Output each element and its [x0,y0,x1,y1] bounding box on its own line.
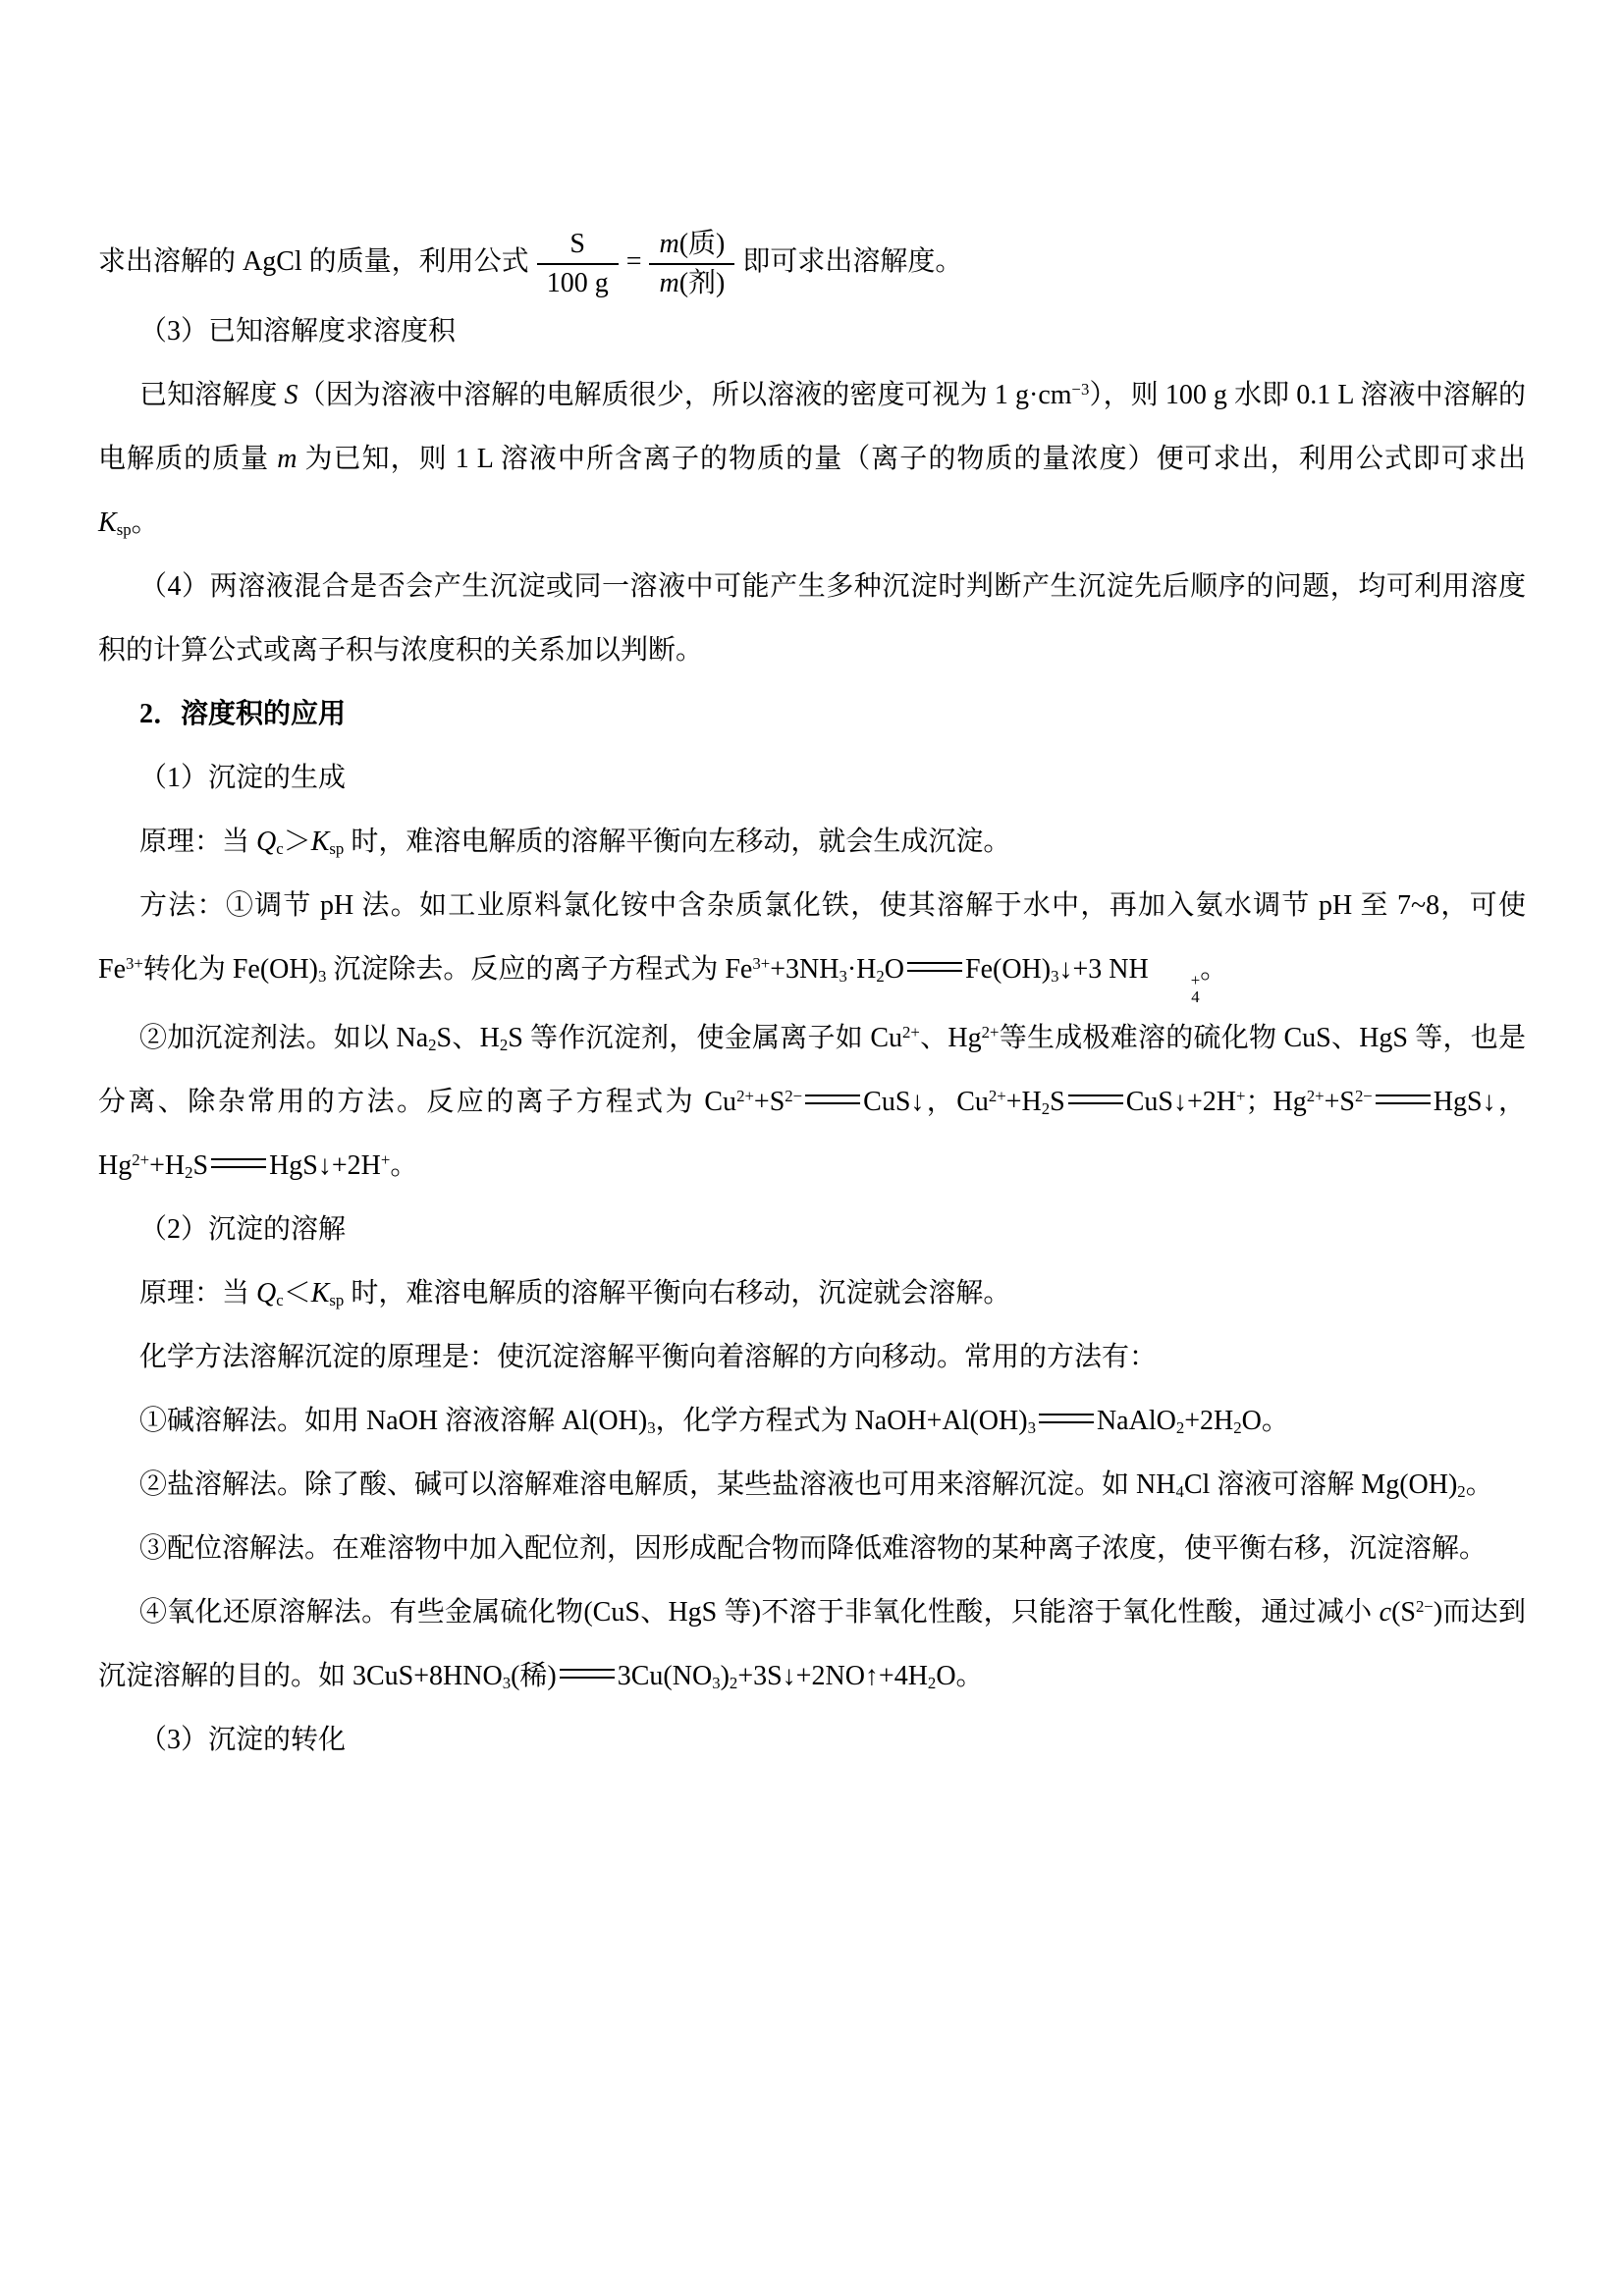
italic-variable: c [1380,1597,1391,1628]
text-run: 。 [390,1150,417,1181]
chem-double-bond [805,1095,860,1104]
subscript: 3 [712,1674,720,1692]
chem-double-bond [1068,1095,1123,1104]
text-run: S [1050,1087,1065,1117]
text-run: CuS↓+2H [1126,1087,1236,1117]
superscript: 2+ [736,1087,754,1105]
subscript: 2 [1233,1418,1241,1437]
chem-double-bond [1376,1095,1431,1104]
subscript: 3 [1028,1418,1036,1437]
paragraph-redox-dissolution: ④氧化还原溶解法。有些金属硫化物(CuS、HgS 等)不溶于非氧化性酸，只能溶于… [98,1580,1526,1708]
text-run: 2．溶度积的应用 [139,699,346,729]
stacked-subscript: 4 [1150,988,1199,1006]
text-run: ①碱溶解法。如用 NaOH 溶液溶解 Al(OH) [139,1406,647,1436]
text-run: 为已知，则 1 L 溶液中所含离子的物质的量（离子的物质的量浓度）便可求出，利用… [297,444,1526,474]
paragraph-heading-precipitate-conversion: （3）沉淀的转化 [98,1708,1526,1772]
fraction-denominator: m(剂) [649,263,734,300]
text-run: 。 [132,507,159,538]
subscript: 3 [839,967,846,986]
superscript: + [381,1150,390,1169]
text-run: (质) [679,229,726,259]
superscript: 2− [1355,1087,1373,1105]
paragraph-alkali-dissolution: ①碱溶解法。如用 NaOH 溶液溶解 Al(OH)3，化学方程式为 NaOH+A… [98,1389,1526,1453]
paragraph-method-ph: 方法：①调节 pH 法。如工业原料氯化铵中含杂质氯化铁，使其溶解于水中，再加入氨… [98,874,1526,1006]
text-run: ②加沉淀剂法。如以 Na [139,1023,428,1053]
italic-variable: S [285,380,298,410]
superscript: 2+ [1307,1087,1325,1105]
paragraph-chemical-dissolution-intro: 化学方法溶解沉淀的原理是：使沉淀溶解平衡向着溶解的方向移动。常用的方法有： [98,1325,1526,1389]
text-run: （1）沉淀的生成 [139,763,346,793]
italic-variable: Q [256,1278,276,1308]
superscript: 3+ [126,954,143,973]
subscript: 2 [428,1036,436,1054]
subscript: 2 [1176,1418,1184,1437]
text-run: 转化为 Fe(OH) [143,954,318,985]
subscript: 2 [1457,1482,1465,1501]
text-run: ②盐溶解法。除了酸、碱可以溶解难溶电解质，某些盐溶液也可用来溶解沉淀。如 NH [139,1469,1175,1500]
subscript: sp [329,839,344,858]
text-run: (稀) [511,1661,557,1691]
text-run: 求出溶解的 AgCl 的质量，利用公式 [98,246,529,277]
text-run: CuS↓，Cu [863,1087,989,1117]
paragraph-coordination-dissolution: ③配位溶解法。在难溶物中加入配位剂，因形成配合物而降低难溶物的某种离子浓度，使平… [98,1517,1526,1580]
subscript: 4 [1175,1482,1183,1501]
italic-variable: m [659,268,678,298]
text-run: = [626,246,642,277]
italic-variable: K [98,507,117,538]
italic-variable: K [311,1278,330,1308]
paragraph-heading-precipitate-dissolution: （2）沉淀的溶解 [98,1198,1526,1261]
italic-variable: m [659,229,678,259]
text-run: +3S↓+2NO↑+4H [737,1661,928,1691]
text-run: S [569,229,585,259]
fraction-numerator: S [537,228,619,263]
text-run: S 等作沉淀剂，使金属离子如 Cu [508,1023,902,1053]
paragraph-solubility-formula: 求出溶解的 AgCl 的质量，利用公式S100 g=m(质)m(剂)即可求出溶解… [98,228,1526,299]
subscript: 3 [1051,967,1058,986]
text-run: 原理：当 [139,1278,256,1308]
text-run: S、H [437,1023,500,1053]
text-run: 。 [1466,1469,1493,1500]
text-run: ＜ [284,1278,311,1308]
text-run: NaAlO [1097,1406,1176,1436]
text-run: +S [754,1087,785,1117]
document-page: 求出溶解的 AgCl 的质量，利用公式S100 g=m(质)m(剂)即可求出溶解… [0,0,1624,2296]
text-run: (S [1391,1597,1416,1628]
paragraph-known-solubility: 已知溶解度 S（因为溶液中溶解的电解质很少，所以溶液的密度可视为 1 g·cm−… [98,363,1526,555]
stacked-charge: +4 [1150,972,1200,1006]
superscript: 2− [1416,1597,1434,1616]
paragraph-heading-3: （3）已知溶解度求溶度积 [98,299,1526,363]
text-run: ＞ [284,827,311,857]
text-run: 时，难溶电解质的溶解平衡向右移动，沉淀就会溶解。 [344,1278,1010,1308]
text-run: ，化学方程式为 NaOH+Al(OH) [656,1406,1028,1436]
subscript: 3 [647,1418,655,1437]
text-run: ·H [847,954,877,985]
text-run: +3NH [770,954,839,985]
text-run: S [193,1150,209,1181]
text-run: (剂) [679,268,726,298]
subscript: 2 [500,1036,508,1054]
text-run: ↓+3 NH [1059,954,1149,985]
superscript: 2+ [902,1023,920,1041]
subscript: 2 [185,1163,192,1182]
subscript: c [276,1291,283,1309]
superscript: 2+ [982,1023,1000,1041]
text-run: 3Cu(NO [618,1661,712,1691]
subscript: 2 [1042,1099,1050,1118]
fraction-denominator: 100 g [537,263,619,300]
paragraph-heading-precipitate-formation: （1）沉淀的生成 [98,746,1526,810]
paragraph-method-precipitant: ②加沉淀剂法。如以 Na2S、H2S 等作沉淀剂，使金属离子如 Cu2+、Hg2… [98,1006,1526,1198]
paragraph-item-4: （4）两溶液混合是否会产生沉淀或同一溶液中可能产生多种沉淀时判断产生沉淀先后顺序… [98,555,1526,682]
superscript: −3 [1072,380,1090,399]
subscript: sp [117,520,132,539]
stacked-superscript: + [1150,972,1200,989]
text-run: Cl 溶液可溶解 Mg(OH) [1184,1469,1457,1500]
text-run: ③配位溶解法。在难溶物中加入配位剂，因形成配合物而降低难溶物的某种离子浓度，使平… [139,1533,1487,1564]
subscript: 2 [876,967,884,986]
paragraph-salt-dissolution: ②盐溶解法。除了酸、碱可以溶解难溶电解质，某些盐溶液也可用来溶解沉淀。如 NH4… [98,1453,1526,1517]
italic-variable: K [311,827,330,857]
superscript: 2− [785,1087,802,1105]
fraction: S100 g [537,228,619,299]
text-run: 已知溶解度 [139,380,285,410]
subscript: sp [329,1291,344,1309]
text-run: 化学方法溶解沉淀的原理是：使沉淀溶解平衡向着溶解的方向移动。常用的方法有： [139,1342,1157,1372]
text-run: 、Hg [920,1023,982,1053]
paragraph-principle-dissolution: 原理：当 Qc＜Ksp 时，难溶电解质的溶解平衡向右移动，沉淀就会溶解。 [98,1261,1526,1325]
text-run: （2）沉淀的溶解 [139,1214,346,1245]
italic-variable: m [277,444,297,474]
text-run: （3）已知溶解度求溶度积 [139,316,456,347]
subscript: 3 [503,1674,511,1692]
text-run: ；Hg [1245,1087,1306,1117]
subscript: c [276,839,283,858]
text-run: ④氧化还原溶解法。有些金属硫化物(CuS、HgS 等)不溶于非氧化性酸，只能溶于… [139,1597,1380,1628]
chem-double-bond [907,962,962,972]
text-run: O。 [1242,1406,1289,1436]
text-run: ) [721,1661,730,1691]
paragraph-principle-formation: 原理：当 Qc＞Ksp 时，难溶电解质的溶解平衡向左移动，就会生成沉淀。 [98,810,1526,874]
text-run: +H [1006,1087,1042,1117]
superscript: 2+ [989,1087,1006,1105]
italic-variable: Q [256,827,276,857]
superscript: 3+ [752,954,770,973]
chem-double-bond [211,1158,266,1168]
text-run: 时，难溶电解质的溶解平衡向左移动，就会生成沉淀。 [344,827,1010,857]
text-run: 。 [1200,954,1227,985]
text-run: O [885,954,904,985]
text-run: +2H [1184,1406,1233,1436]
fraction-numerator: m(质) [649,228,734,263]
text-run: Fe(OH) [965,954,1051,985]
text-run: 原理：当 [139,827,256,857]
text-run: HgS↓+2H [269,1150,381,1181]
text-run: 即可求出溶解度。 [742,246,962,277]
superscript: 2+ [132,1150,149,1169]
text-run: O。 [936,1661,983,1691]
text-run: +S [1325,1087,1355,1117]
text-run: 沉淀除去。反应的离子方程式为 Fe [326,954,752,985]
chem-double-bond [1039,1414,1094,1423]
text-run: 100 g [547,268,609,298]
text-run: +H [149,1150,185,1181]
text-run: （4）两溶液混合是否会产生沉淀或同一溶液中可能产生多种沉淀时判断产生沉淀先后顺序… [98,571,1526,666]
fraction: m(质)m(剂) [649,228,734,299]
chem-double-bond [560,1669,615,1679]
text-run: （3）沉淀的转化 [139,1725,346,1755]
text-run: （因为溶液中溶解的电解质很少，所以溶液的密度可视为 1 g·cm [298,380,1072,410]
paragraph-section-2-heading: 2．溶度积的应用 [98,682,1526,746]
